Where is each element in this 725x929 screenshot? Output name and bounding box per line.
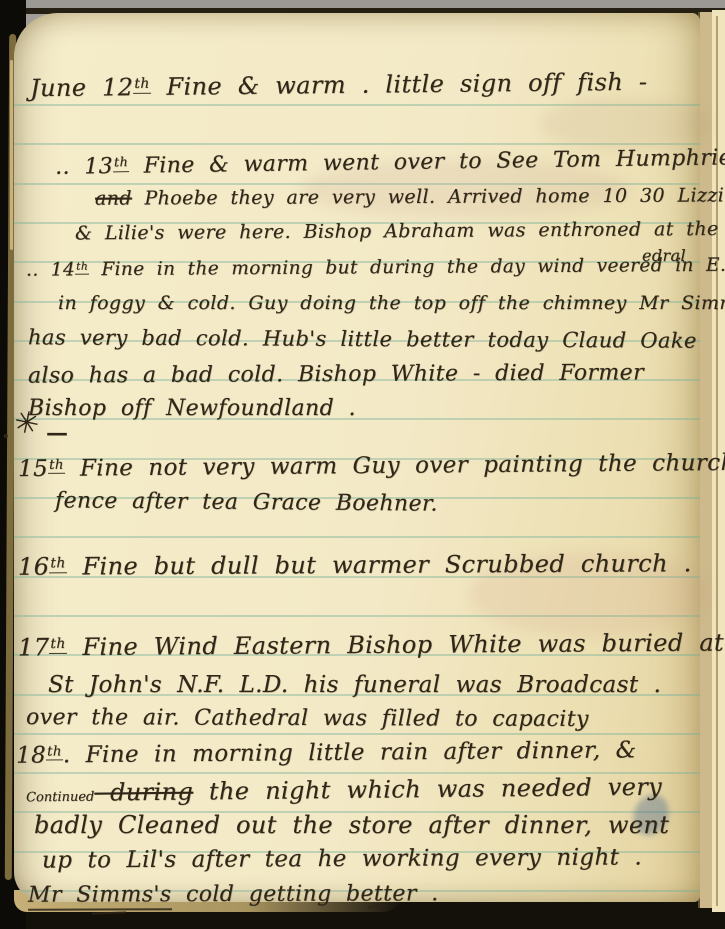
struck-word: and xyxy=(95,187,132,209)
entry-date: 18 xyxy=(16,742,46,768)
diary-entry-jun14-line2: in foggy & cold. Guy doing the top off t… xyxy=(58,293,725,315)
pen-dash xyxy=(92,911,126,914)
diary-entry-jun14-line4: also has a bad cold. Bishop White - died… xyxy=(28,360,644,389)
entry-text: the night which was needed very xyxy=(193,773,662,806)
margin-dash-mark: — xyxy=(46,420,68,446)
entry-text: Fine in the morning but during the day w… xyxy=(89,254,725,280)
date-suffix: th xyxy=(133,78,151,94)
diary-entry-jun17-line3: over the air. Cathedral was filled to ca… xyxy=(26,705,589,732)
diary-entry-jun18-line1: 18th. Fine in morning little rain after … xyxy=(16,737,637,769)
entry-date: .. 13 xyxy=(55,154,113,180)
entry-text: Fine but dull but warmer Scrubbed church… xyxy=(67,549,692,580)
date-suffix: th xyxy=(46,745,63,760)
entry-text: Fine not very warm Guy over painting the… xyxy=(65,450,725,482)
entry-text: Fine Wind Eastern Bishop White was burie… xyxy=(67,629,725,662)
date-suffix: th xyxy=(49,557,66,573)
entry-text: Phoebe they are very well. Arrived home … xyxy=(132,184,725,209)
page-rule-line xyxy=(14,733,700,735)
entry-date: June 12 xyxy=(30,73,134,102)
date-suffix: th xyxy=(48,459,65,474)
page-rule-line xyxy=(14,536,700,538)
spine-highlight xyxy=(10,60,13,250)
diary-entry-jun18-line3: badly Cleaned out the store after dinner… xyxy=(34,812,669,840)
diary-entry-jun16: 16th Fine but dull but warmer Scrubbed c… xyxy=(18,550,692,581)
margin-dot-mark: . xyxy=(2,418,10,444)
entry-text: Fine & warm . little sign off fish - xyxy=(151,68,648,101)
underlined-name: Mr Simms's xyxy=(28,882,172,911)
continued-note: Continued xyxy=(26,790,94,806)
entry-text: cold getting better . xyxy=(172,881,439,907)
date-suffix: th xyxy=(75,262,89,275)
diary-photo: June 12th Fine & warm . little sign off … xyxy=(0,0,725,929)
diary-entry-jun18-line4: up to Lil's after tea he working every n… xyxy=(42,844,642,874)
diary-entry-jun14-line3: has very bad cold. Hub's little better t… xyxy=(28,325,697,353)
entry-date: .. 14 xyxy=(26,259,75,280)
diary-entry-jun14-line5: Bishop off Newfoundland . xyxy=(28,396,356,421)
date-suffix: th xyxy=(49,638,66,654)
diary-entry-jun17-line1: 17th Fine Wind Eastern Bishop White was … xyxy=(18,630,724,663)
struck-word: during xyxy=(94,778,193,807)
diary-entry-jun17-line2: St John's N.F. L.D. his funeral was Broa… xyxy=(48,672,661,698)
bleedthrough-smudge xyxy=(540,98,710,150)
entry-date: 15 xyxy=(18,456,48,482)
diary-entry-jun13-line3: & Lilie's were here. Bishop Abraham was … xyxy=(75,219,725,246)
date-suffix: th xyxy=(113,157,129,172)
entry-text: . Fine in morning little rain after dinn… xyxy=(63,737,637,768)
entry-date: 16 xyxy=(18,553,49,581)
diary-entry-jun18-line5: Mr Simms's cold getting better . xyxy=(28,881,439,908)
entry-date: 17 xyxy=(18,633,50,661)
diary-entry-jun13-line2: and Phoebe they are very well. Arrived h… xyxy=(95,185,725,210)
diary-entry-jun15-line2: fence after tea Grace Boehner. xyxy=(55,488,438,517)
